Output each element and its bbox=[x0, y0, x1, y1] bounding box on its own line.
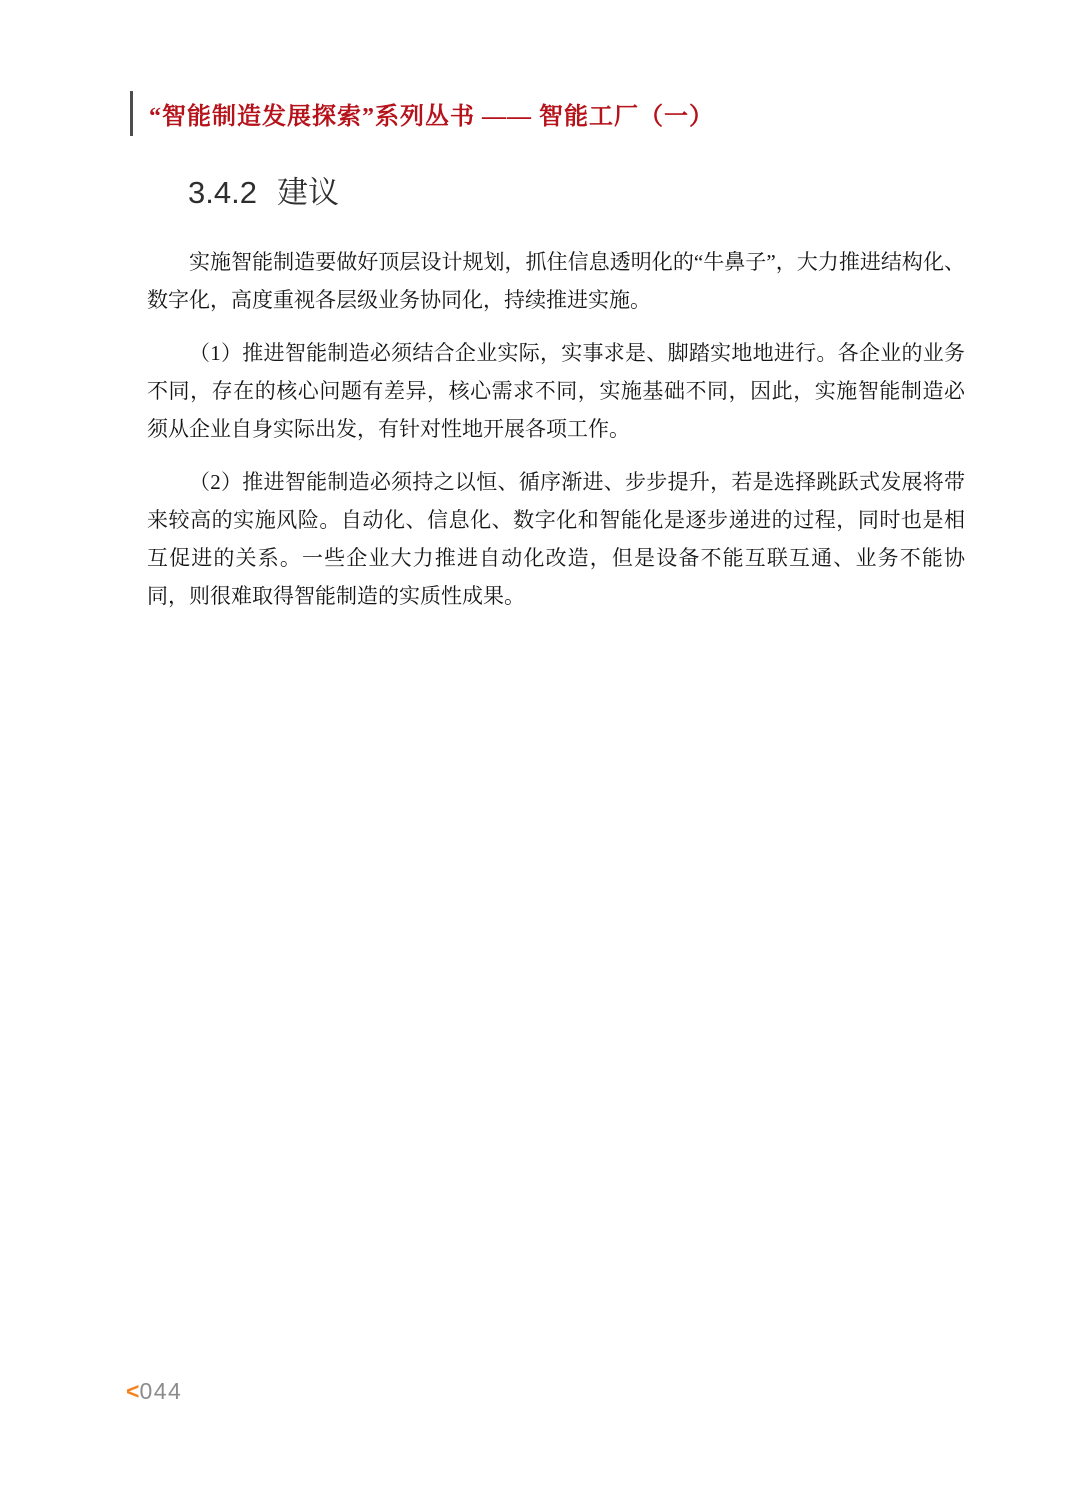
paragraph: （1）推进智能制造必须结合企业实际，实事求是、脚踏实地地进行。各企业的业务不同，… bbox=[147, 334, 965, 448]
section-title: 建议 bbox=[277, 167, 339, 212]
page-header: “智能制造发展探索”系列丛书 —— 智能工厂（一） bbox=[130, 91, 714, 136]
section-heading: 3.4.2 建议 bbox=[188, 167, 339, 212]
section-number: 3.4.2 bbox=[188, 175, 257, 211]
body-text: 实施智能制造要做好顶层设计规划，抓住信息透明化的“牛鼻子”，大力推进结构化、数字… bbox=[147, 243, 965, 630]
series-title: “智能制造发展探索”系列丛书 —— 智能工厂（一） bbox=[149, 96, 714, 131]
page-number: 044 bbox=[139, 1378, 182, 1405]
paragraph: 实施智能制造要做好顶层设计规划，抓住信息透明化的“牛鼻子”，大力推进结构化、数字… bbox=[147, 243, 965, 319]
page-footer: < 044 bbox=[126, 1378, 182, 1405]
header-rule bbox=[130, 91, 133, 136]
book-page: “智能制造发展探索”系列丛书 —— 智能工厂（一） 3.4.2 建议 实施智能制… bbox=[0, 0, 1080, 1504]
folio-arrow-icon: < bbox=[126, 1378, 139, 1405]
paragraph: （2）推进智能制造必须持之以恒、循序渐进、步步提升，若是选择跳跃式发展将带来较高… bbox=[147, 463, 965, 615]
